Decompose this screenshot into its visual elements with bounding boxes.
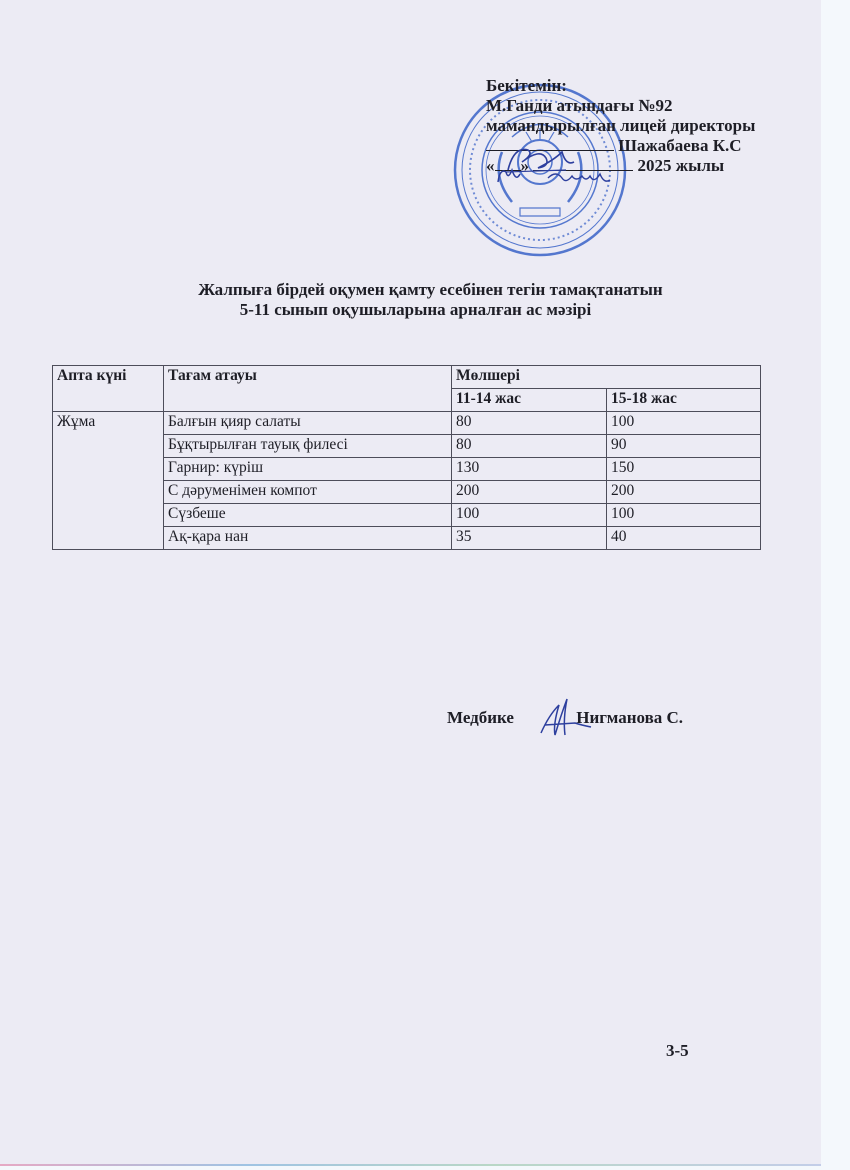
amount-11-14-cell: 130: [452, 458, 607, 481]
amount-15-18-cell: 100: [607, 412, 761, 435]
table-row: Жұма Балғын қияр салаты 80 100: [53, 412, 761, 435]
director-title: мамандырылған лицей директоры: [486, 116, 755, 136]
director-name: Шажабаева К.С: [618, 136, 741, 155]
amount-11-14-cell: 200: [452, 481, 607, 504]
amount-11-14-cell: 100: [452, 504, 607, 527]
dish-cell: Гарнир: күріш: [164, 458, 452, 481]
school-name: М.Ганди атындағы №92: [486, 96, 755, 116]
header-day: Апта күні: [53, 366, 164, 412]
dish-cell: Балғын қияр салаты: [164, 412, 452, 435]
approval-heading: Бекітемін:: [486, 76, 755, 96]
dish-cell: С дәруменімен компот: [164, 481, 452, 504]
page-number: 3-5: [666, 1041, 689, 1061]
menu-table: Апта күні Тағам атауы Мөлшері 11-14 жас …: [52, 365, 761, 550]
document-title: Жалпыға бірдей оқумен қамту есебінен тег…: [0, 280, 821, 320]
amount-11-14-cell: 80: [452, 412, 607, 435]
approval-year: 2025 жылы: [638, 156, 725, 175]
header-amount: Мөлшері: [452, 366, 761, 389]
amount-15-18-cell: 40: [607, 527, 761, 550]
nurse-role: Медбике: [447, 708, 514, 727]
amount-11-14-cell: 80: [452, 435, 607, 458]
title-line-2: 5-11 сынып оқушыларына арналған ас мәзір…: [0, 300, 821, 320]
scan-margin: [821, 0, 850, 1170]
handwritten-date-icon: [486, 160, 646, 190]
amount-15-18-cell: 90: [607, 435, 761, 458]
title-line-1: Жалпыға бірдей оқумен қамту есебінен тег…: [0, 280, 821, 300]
dish-cell: Сүзбеше: [164, 504, 452, 527]
amount-15-18-cell: 100: [607, 504, 761, 527]
amount-11-14-cell: 35: [452, 527, 607, 550]
header-dish: Тағам атауы: [164, 366, 452, 412]
amount-15-18-cell: 200: [607, 481, 761, 504]
dish-cell: Ақ-қара нан: [164, 527, 452, 550]
header-age-15-18: 15-18 жас: [607, 389, 761, 412]
header-age-11-14: 11-14 жас: [452, 389, 607, 412]
scan-margin-bottom: [0, 1166, 850, 1170]
table-header-row: Апта күні Тағам атауы Мөлшері: [53, 366, 761, 389]
amount-15-18-cell: 150: [607, 458, 761, 481]
day-cell: Жұма: [53, 412, 164, 550]
dish-cell: Бұқтырылған тауық филесі: [164, 435, 452, 458]
nurse-signature-icon: [535, 695, 595, 740]
